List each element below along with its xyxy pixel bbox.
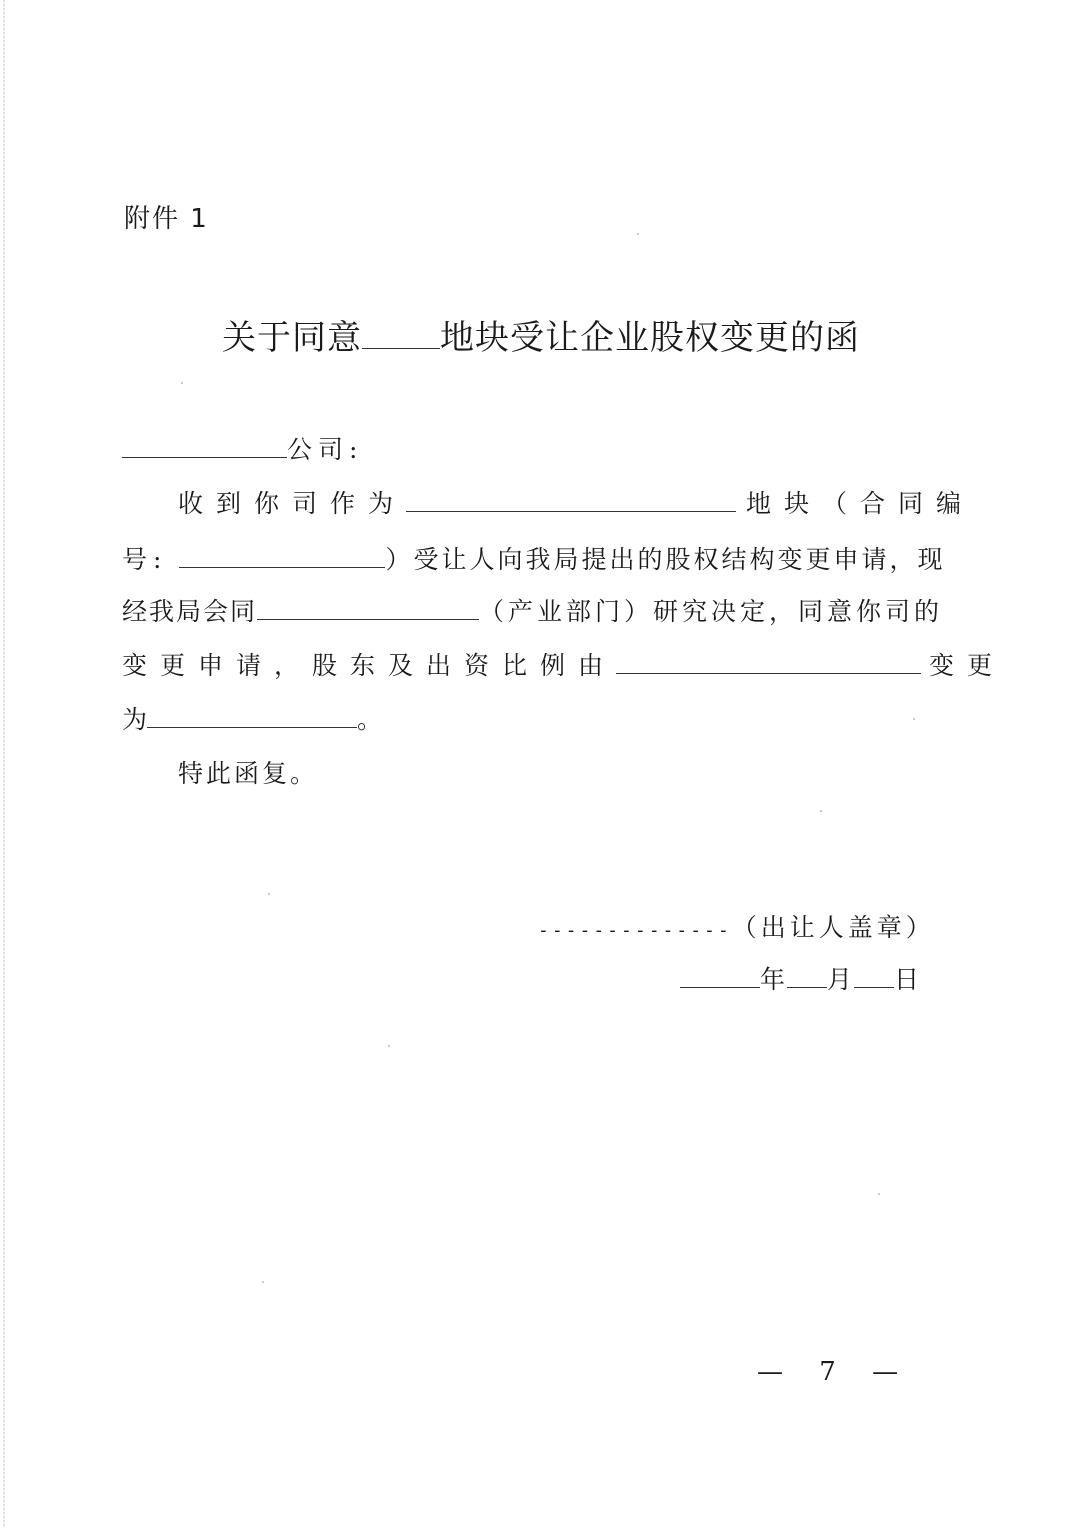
line5-prefix: 为 (122, 705, 147, 734)
date-line: 年月日 (680, 960, 921, 996)
body-line-3: 经我局会同（产业部门）研究决定，同意你司的 (122, 592, 943, 628)
seal-dashes[interactable]: -------------- (538, 920, 732, 941)
new-shareholding-blank[interactable] (147, 726, 357, 728)
line4-prefix: 变更申请，股东及出资比例由 (122, 651, 616, 680)
scan-speck (637, 233, 639, 235)
closing-text: 特此函复。 (178, 754, 318, 790)
attachment-label: 附件 1 (124, 198, 209, 235)
industry-department-blank[interactable] (257, 618, 479, 620)
scan-speck (268, 893, 270, 895)
scan-speck (388, 1045, 390, 1047)
month-label: 月 (827, 965, 854, 994)
day-blank[interactable] (854, 986, 894, 988)
seal-label: （出让人盖章） (732, 913, 935, 942)
salutation-suffix: 公司: (287, 435, 363, 464)
line5-suffix: 。 (357, 705, 388, 734)
year-label: 年 (760, 965, 787, 994)
title-blank-field[interactable] (362, 347, 440, 349)
scan-speck (878, 1193, 880, 1195)
line2-suffix: ）受让人向我局提出的股权结构变更申请，现 (385, 545, 945, 574)
parcel-name-blank[interactable] (406, 510, 736, 512)
body-line-1: 收到你司作为地块（合同编 (178, 484, 974, 520)
body-line-5: 为。 (122, 700, 388, 736)
year-blank[interactable] (680, 986, 760, 988)
line3-prefix: 经我局会同 (122, 597, 257, 626)
line4-suffix: 变更 (929, 651, 1005, 680)
line1-suffix: 地块（合同编 (746, 489, 974, 518)
contract-number-blank[interactable] (179, 566, 385, 568)
title-suffix: 地块受让企业股权变更的函 (440, 318, 860, 358)
seal-line: --------------（出让人盖章） (538, 908, 935, 944)
company-name-blank[interactable] (122, 456, 287, 458)
day-label: 日 (894, 965, 921, 994)
line2-prefix: 号: (122, 545, 167, 574)
month-blank[interactable] (787, 986, 827, 988)
line3-suffix: （产业部门）研究决定，同意你司的 (479, 597, 943, 626)
body-line-4: 变更申请，股东及出资比例由变更 (122, 646, 1005, 682)
salutation: 公司: (122, 430, 363, 466)
document-title: 关于同意地块受让企业股权变更的函 (222, 310, 860, 359)
line1-prefix: 收到你司作为 (178, 489, 406, 518)
scan-edge (3, 0, 5, 1528)
scan-speck (181, 382, 183, 384)
title-prefix: 关于同意 (222, 318, 362, 358)
scan-speck (913, 718, 915, 720)
page-number: — 7 — (757, 1357, 912, 1387)
scan-speck (820, 810, 822, 812)
scan-speck (262, 1281, 264, 1283)
original-shareholding-blank[interactable] (616, 672, 921, 674)
body-line-2: 号:）受让人向我局提出的股权结构变更申请，现 (122, 540, 945, 576)
